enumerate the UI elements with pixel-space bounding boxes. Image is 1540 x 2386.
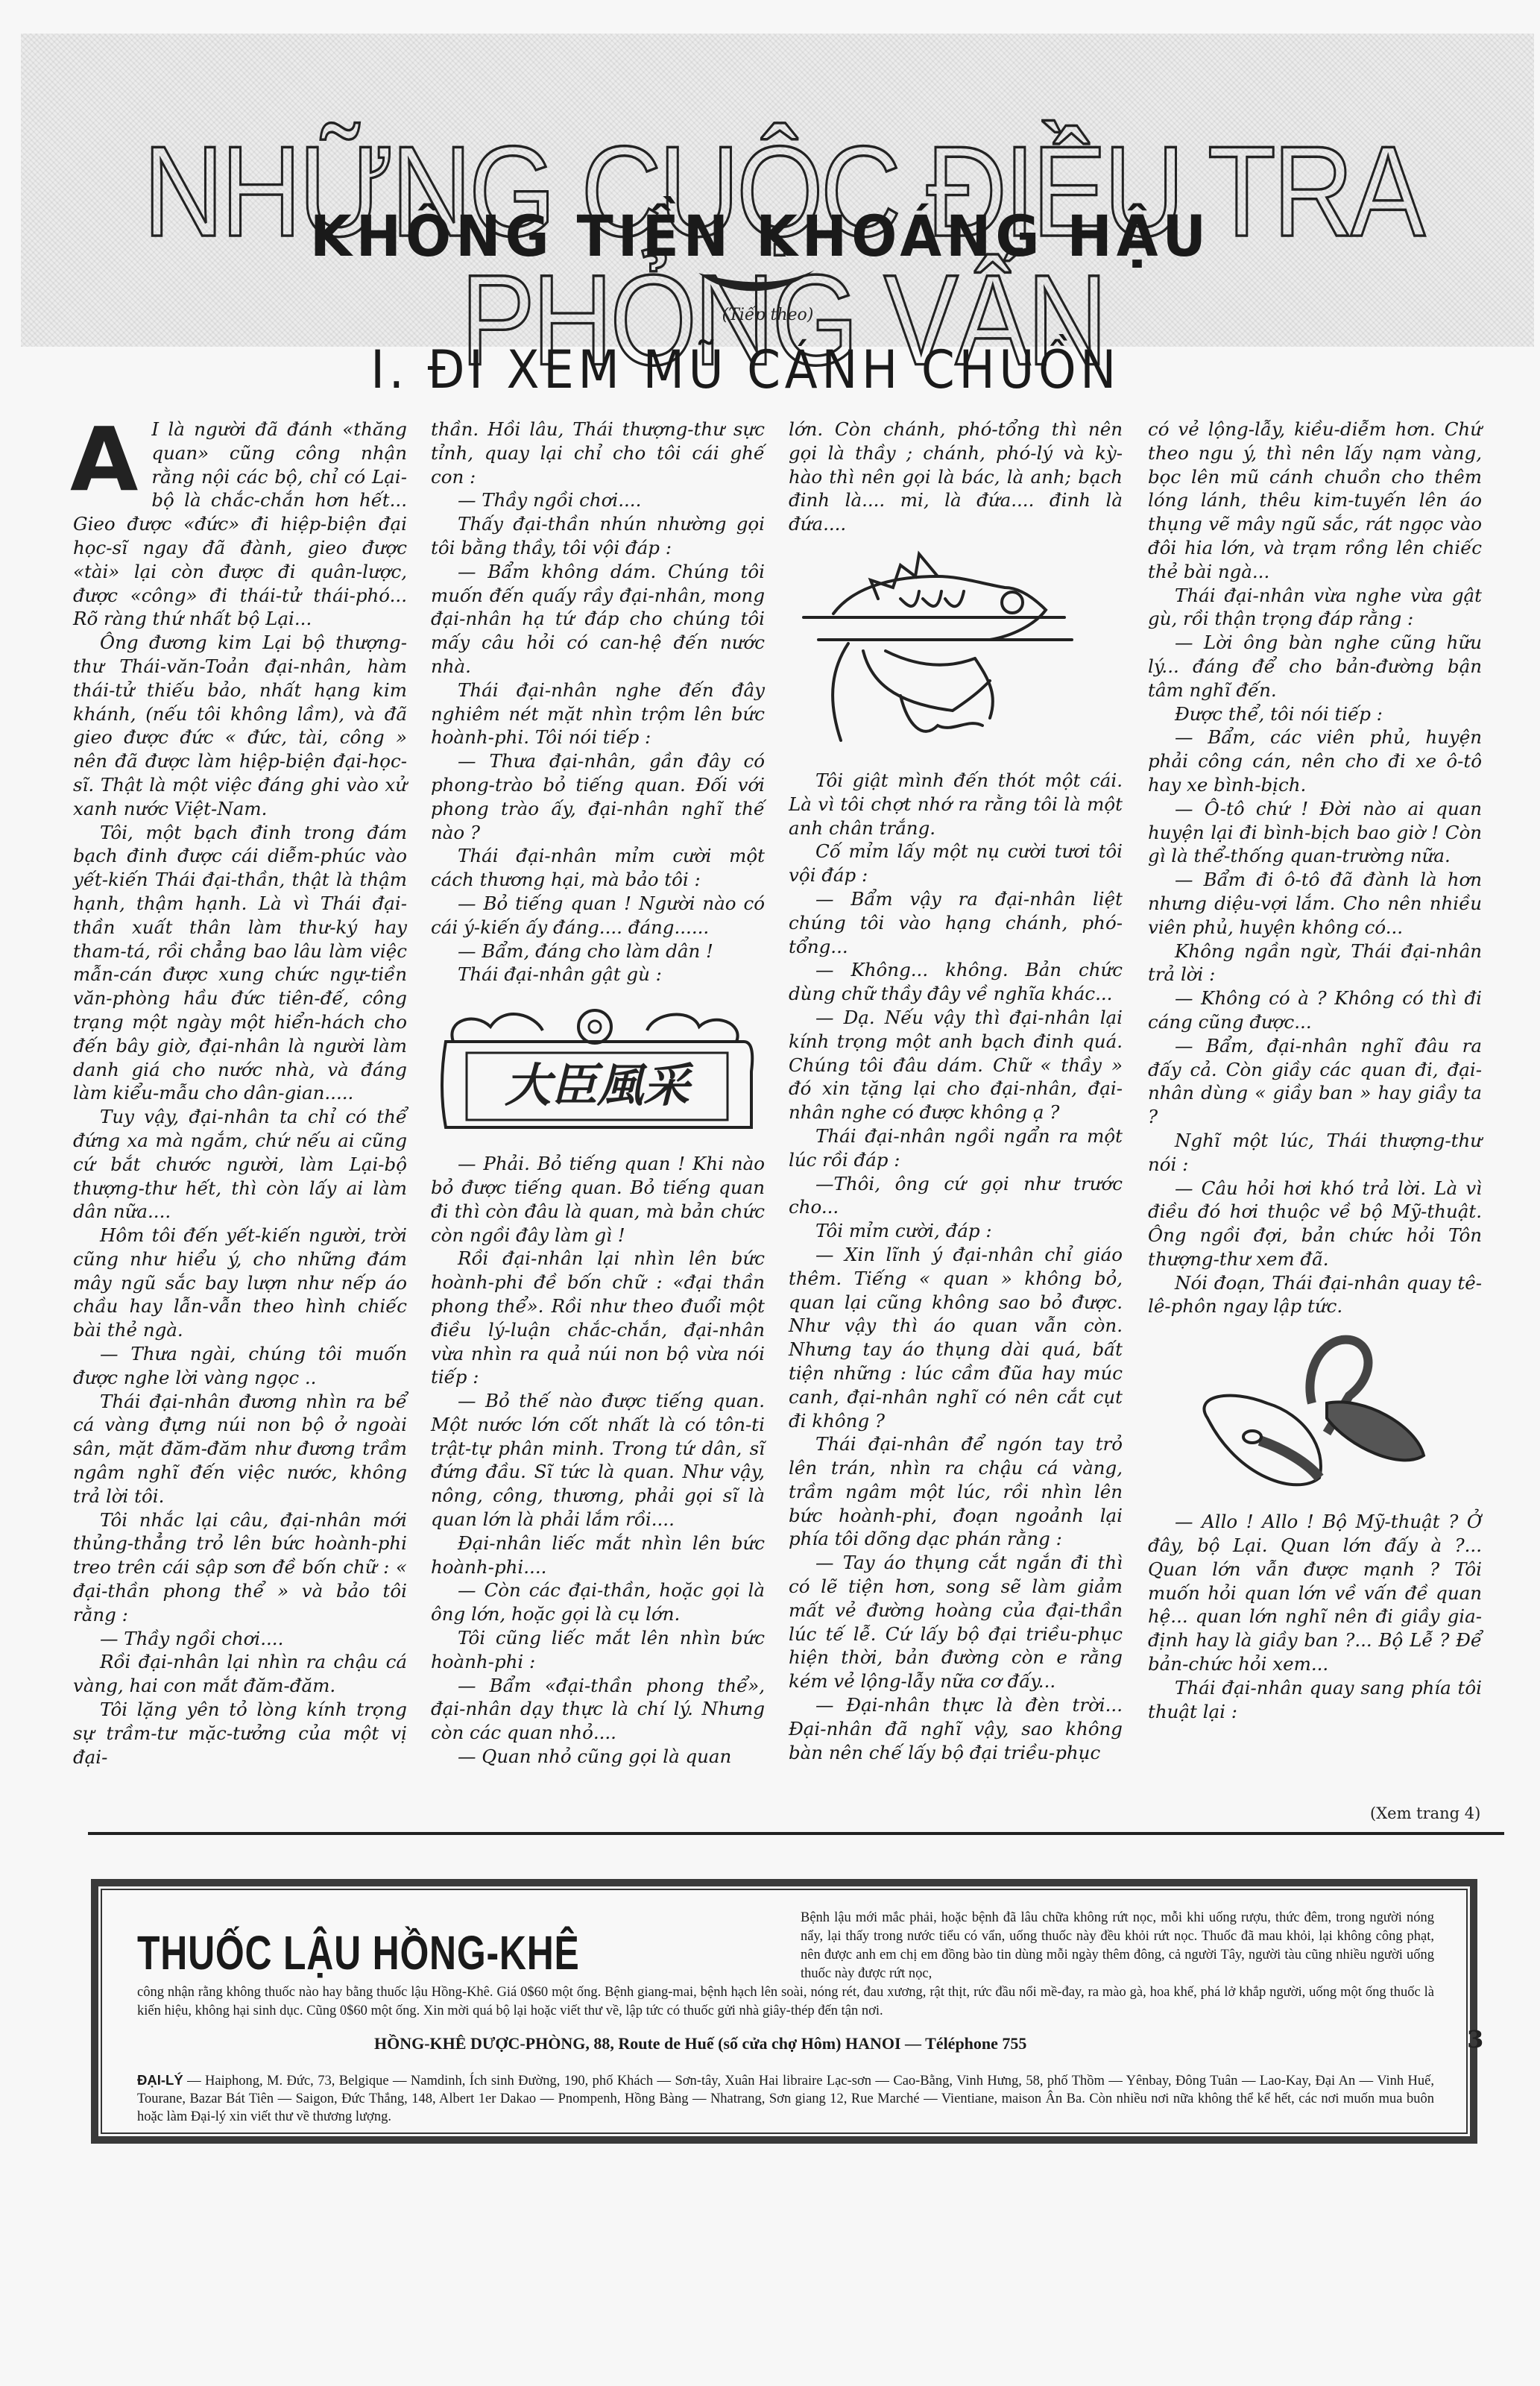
continued-label: (Tiếp theo) — [716, 306, 820, 324]
paragraph: — Đại-nhân thực là đèn trời... Đại-nhân … — [789, 1693, 1123, 1764]
continued-on-page-note: (Xem trang 4) — [1370, 1804, 1480, 1822]
paragraph: — Không có à ? Không có thì đi cáng cũng… — [1148, 986, 1482, 1034]
paragraph: — Quan nhỏ cũng gọi là quan — [431, 1745, 765, 1769]
paragraph: Tôi lặng yên tỏ lòng kính trọng sự trầm-… — [73, 1698, 407, 1769]
goldfish-illustration-icon — [789, 547, 1117, 755]
section-heading: I. ĐI XEM MŨ CÁNH CHUỒN — [265, 339, 1225, 400]
paragraph: Nghĩ một lúc, Thái thượng-thư nói : — [1148, 1129, 1482, 1177]
paragraph: — Dạ. Nếu vậy thì đại-nhân lại kính trọn… — [789, 1006, 1123, 1124]
paragraph: Tôi cũng liếc mắt lên nhìn bức hoành-phi… — [431, 1626, 765, 1674]
paragraph: — Phải. Bỏ tiếng quan ! Khi nào bỏ được … — [431, 1152, 765, 1247]
ad-address: HỒNG-KHÊ DƯỢC-PHÒNG, 88, Route de Huế (s… — [374, 2034, 1026, 2053]
ad-body-rest: công nhận rằng không thuốc nào hay bằng … — [137, 1985, 1434, 2018]
paragraph: — Bẩm không dám. Chúng tôi muốn đến quấy… — [431, 560, 765, 679]
paragraph: — Tay áo thụng cắt ngắn đi thì có lẽ tiệ… — [789, 1551, 1123, 1693]
paragraph: — Xin lĩnh ý đại-nhân chỉ giáo thêm. Tiế… — [789, 1243, 1123, 1432]
plaque-illustration-icon: 大臣風采 — [431, 997, 759, 1139]
paragraph: — Allo ! Allo ! Bộ Mỹ-thuật ? Ở đây, bộ … — [1148, 1510, 1482, 1676]
paragraph: — Bỏ tiếng quan ! Người nào có cái ý-kiế… — [431, 892, 765, 939]
paragraph: — Không... không. Bản chức dùng chữ thầy… — [789, 958, 1123, 1006]
ad-agents-list: — Haiphong, M. Đức, 73, Belgique — Namdi… — [137, 2074, 1434, 2124]
paragraph: Thấy đại-thần nhún nhường gọi tôi bằng t… — [431, 512, 765, 560]
paragraph: Thái đại-nhân đương nhìn ra bể cá vàng đ… — [73, 1390, 407, 1508]
paragraph: Thái đại-nhân mỉm cười một cách thương h… — [431, 844, 765, 892]
paragraph: Không ngần ngừ, Thái đại-nhân trả lời : — [1148, 939, 1482, 987]
paragraph: Nói đoạn, Thái đại-nhân quay tê-lê-phôn … — [1148, 1271, 1482, 1319]
paragraph: — Ô-tô chứ ! Đời nào ai quan huyện lại đ… — [1148, 797, 1482, 868]
ad-body-lead: Bệnh lậu mới mắc phải, hoặc bệnh đã lâu … — [137, 1909, 1434, 1983]
advertisement-box: THUỐC LẬU HỒNG-KHÊ Bệnh lậu mới mắc phải… — [91, 1879, 1477, 2144]
paragraph: — Bẩm, đáng cho làm dân ! — [431, 939, 765, 963]
paragraph: Cố mỉm lấy một nụ cười tươi tôi vội đáp … — [789, 840, 1123, 887]
paragraph: thần. Hồi lâu, Thái thượng-thư sực tỉnh,… — [431, 418, 765, 488]
paragraph: Rồi đại-nhân lại nhìn ra chậu cá vàng, h… — [73, 1650, 407, 1698]
page-number: 3 — [1467, 2025, 1483, 2053]
paragraph: Được thể, tôi nói tiếp : — [1148, 702, 1482, 726]
article-column-4: có vẻ lộng-lẫy, kiều-diễm hơn. Chứ theo … — [1148, 418, 1482, 1723]
paragraph: — Câu hỏi hơi khó trả lời. Là vì điều đó… — [1148, 1177, 1482, 1271]
ad-agents-label: ĐẠI-LÝ — [137, 2072, 183, 2088]
paragraph: Tôi nhắc lại câu, đại-nhân mới thủng-thẳ… — [73, 1508, 407, 1627]
paragraph: Tôi mỉm cười, đáp : — [789, 1219, 1123, 1243]
svg-text:大臣風采: 大臣風采 — [505, 1058, 694, 1112]
paragraph: — Bẩm, các viên phủ, huyện phải công cán… — [1148, 725, 1482, 796]
paragraph: — Bẩm vậy ra đại-nhân liệt chúng tôi vào… — [789, 887, 1123, 958]
paragraph: Ông đương kim Lại bộ thượng-thư Thái-văn… — [73, 631, 407, 820]
article-subtitle: KHÔNG TIỀN KHOÁNG HẬU — [298, 204, 1222, 269]
paragraph: Đại-nhân liếc mắt nhìn lên bức hoành-phi… — [431, 1532, 765, 1579]
paragraph: — Thưa ngài, chúng tôi muốn được nghe lờ… — [73, 1342, 407, 1390]
paragraph: Thái đại-nhân vừa nghe vừa gật gù, rồi t… — [1148, 584, 1482, 632]
paragraph: Hôm tôi đến yết-kiến người, trời cũng nh… — [73, 1224, 407, 1342]
paragraph: — Bẩm, đại-nhân nghĩ đâu ra đấy cả. Còn … — [1148, 1034, 1482, 1129]
paragraph: —Thôi, ông cứ gọi như trước cho... — [789, 1172, 1123, 1220]
paragraph: Tôi, một bạch đinh trong đám bạch đinh đ… — [73, 821, 407, 1106]
paragraph: — Còn các đại-thần, hoặc gọi là ông lớn,… — [431, 1578, 765, 1626]
paragraph: Tuy vậy, đại-nhân ta chỉ có thể đứng xa … — [73, 1105, 407, 1224]
ad-body: Bệnh lậu mới mắc phải, hoặc bệnh đã lâu … — [137, 1909, 1434, 2021]
paragraph: — Bỏ thế nào được tiếng quan. Một nước l… — [431, 1389, 765, 1532]
paragraph: Thái đại-nhân ngồi ngẩn ra một lúc rồi đ… — [789, 1124, 1123, 1172]
section-divider — [88, 1832, 1504, 1835]
article-column-2: thần. Hồi lâu, Thái thượng-thư sực tỉnh,… — [431, 418, 765, 1769]
paragraph: — Thầy ngồi chơi.... — [73, 1627, 407, 1651]
paragraph: Thái đại-nhân gật gù : — [431, 963, 765, 986]
paragraph: Thái đại-nhân quay sang phía tôi thuật l… — [1148, 1676, 1482, 1724]
paragraph: lớn. Còn chánh, phó-tổng thì nên gọi là … — [789, 418, 1123, 536]
paragraph: — Bẩm đi ô-tô đã đành là hơn nhưng diệu-… — [1148, 868, 1482, 939]
paragraph: Thái đại-nhân để ngón tay trỏ lên trán, … — [789, 1432, 1123, 1551]
paragraph: — Bẩm «đại-thần phong thể», đại-nhân dạy… — [431, 1674, 765, 1745]
paragraph: — Thầy ngồi chơi.... — [431, 488, 765, 512]
drop-cap: A — [70, 422, 138, 497]
paragraph: có vẻ lộng-lẫy, kiều-diễm hơn. Chứ theo … — [1148, 418, 1482, 584]
article-column-3: lớn. Còn chánh, phó-tổng thì nên gọi là … — [789, 418, 1123, 1764]
paragraph: Thái đại-nhân nghe đến đây nghiêm nét mặ… — [431, 679, 765, 749]
paragraph: — Lời ông bàn nghe cũng hữu lý... đáng đ… — [1148, 631, 1482, 702]
paragraph: — Thưa đại-nhân, gần đây có phong-trào b… — [431, 749, 765, 844]
paragraph: Rồi đại-nhân lại nhìn lên bức hoành-phi … — [431, 1247, 765, 1389]
paragraph: Tôi giật mình đến thót một cái. Là vì tô… — [789, 769, 1123, 840]
swash-ornament-icon — [697, 268, 816, 298]
ad-agents: ĐẠI-LÝ — Haiphong, M. Đức, 73, Belgique … — [137, 2071, 1434, 2126]
article-column-1: A I là người đã đánh «thăng quan» cũng c… — [73, 418, 407, 1769]
slippers-illustration-icon — [1148, 1329, 1476, 1496]
